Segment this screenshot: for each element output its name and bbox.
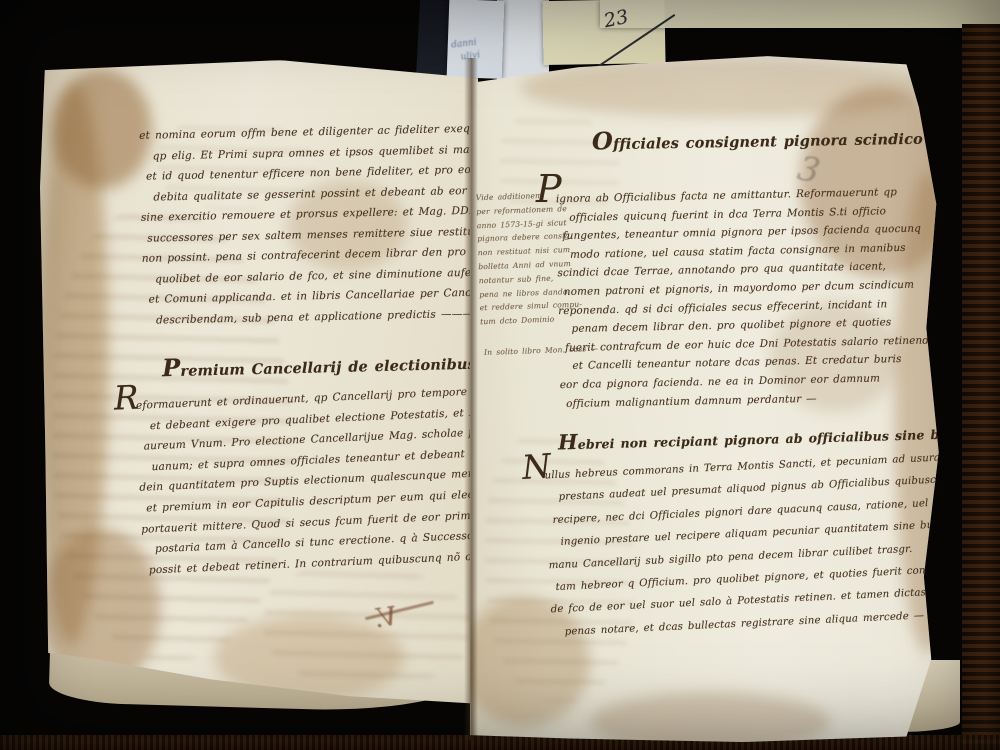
- verso-ink-mark: V.: [372, 602, 399, 635]
- left-paragraph-2: eformauerunt et ordinauerunt, qp Cancell…: [136, 381, 479, 581]
- left-paragraph-1: et nomina eorum offm bene et diligenter …: [139, 119, 473, 331]
- table-edge-right: [962, 24, 1000, 750]
- right-paragraph-1: ignora ab Officialibus facta ne amittant…: [556, 182, 961, 413]
- right-page: Officiales consignent pignora scindico —…: [470, 52, 966, 742]
- stain: [590, 692, 830, 742]
- book-gutter: [464, 58, 478, 740]
- left-page: et nomina eorum offm bene et diligenter …: [34, 58, 478, 703]
- manuscript-photo: danni ulivi 23 et nomina eorum offm bene…: [0, 0, 1000, 750]
- stain: [51, 69, 152, 190]
- right-paragraph-2: ullus hebreus commorans in Terra Montis …: [544, 447, 966, 645]
- margin-note-line: tum dcto Dominio: [480, 313, 552, 329]
- bleedthrough-texture: [264, 565, 475, 686]
